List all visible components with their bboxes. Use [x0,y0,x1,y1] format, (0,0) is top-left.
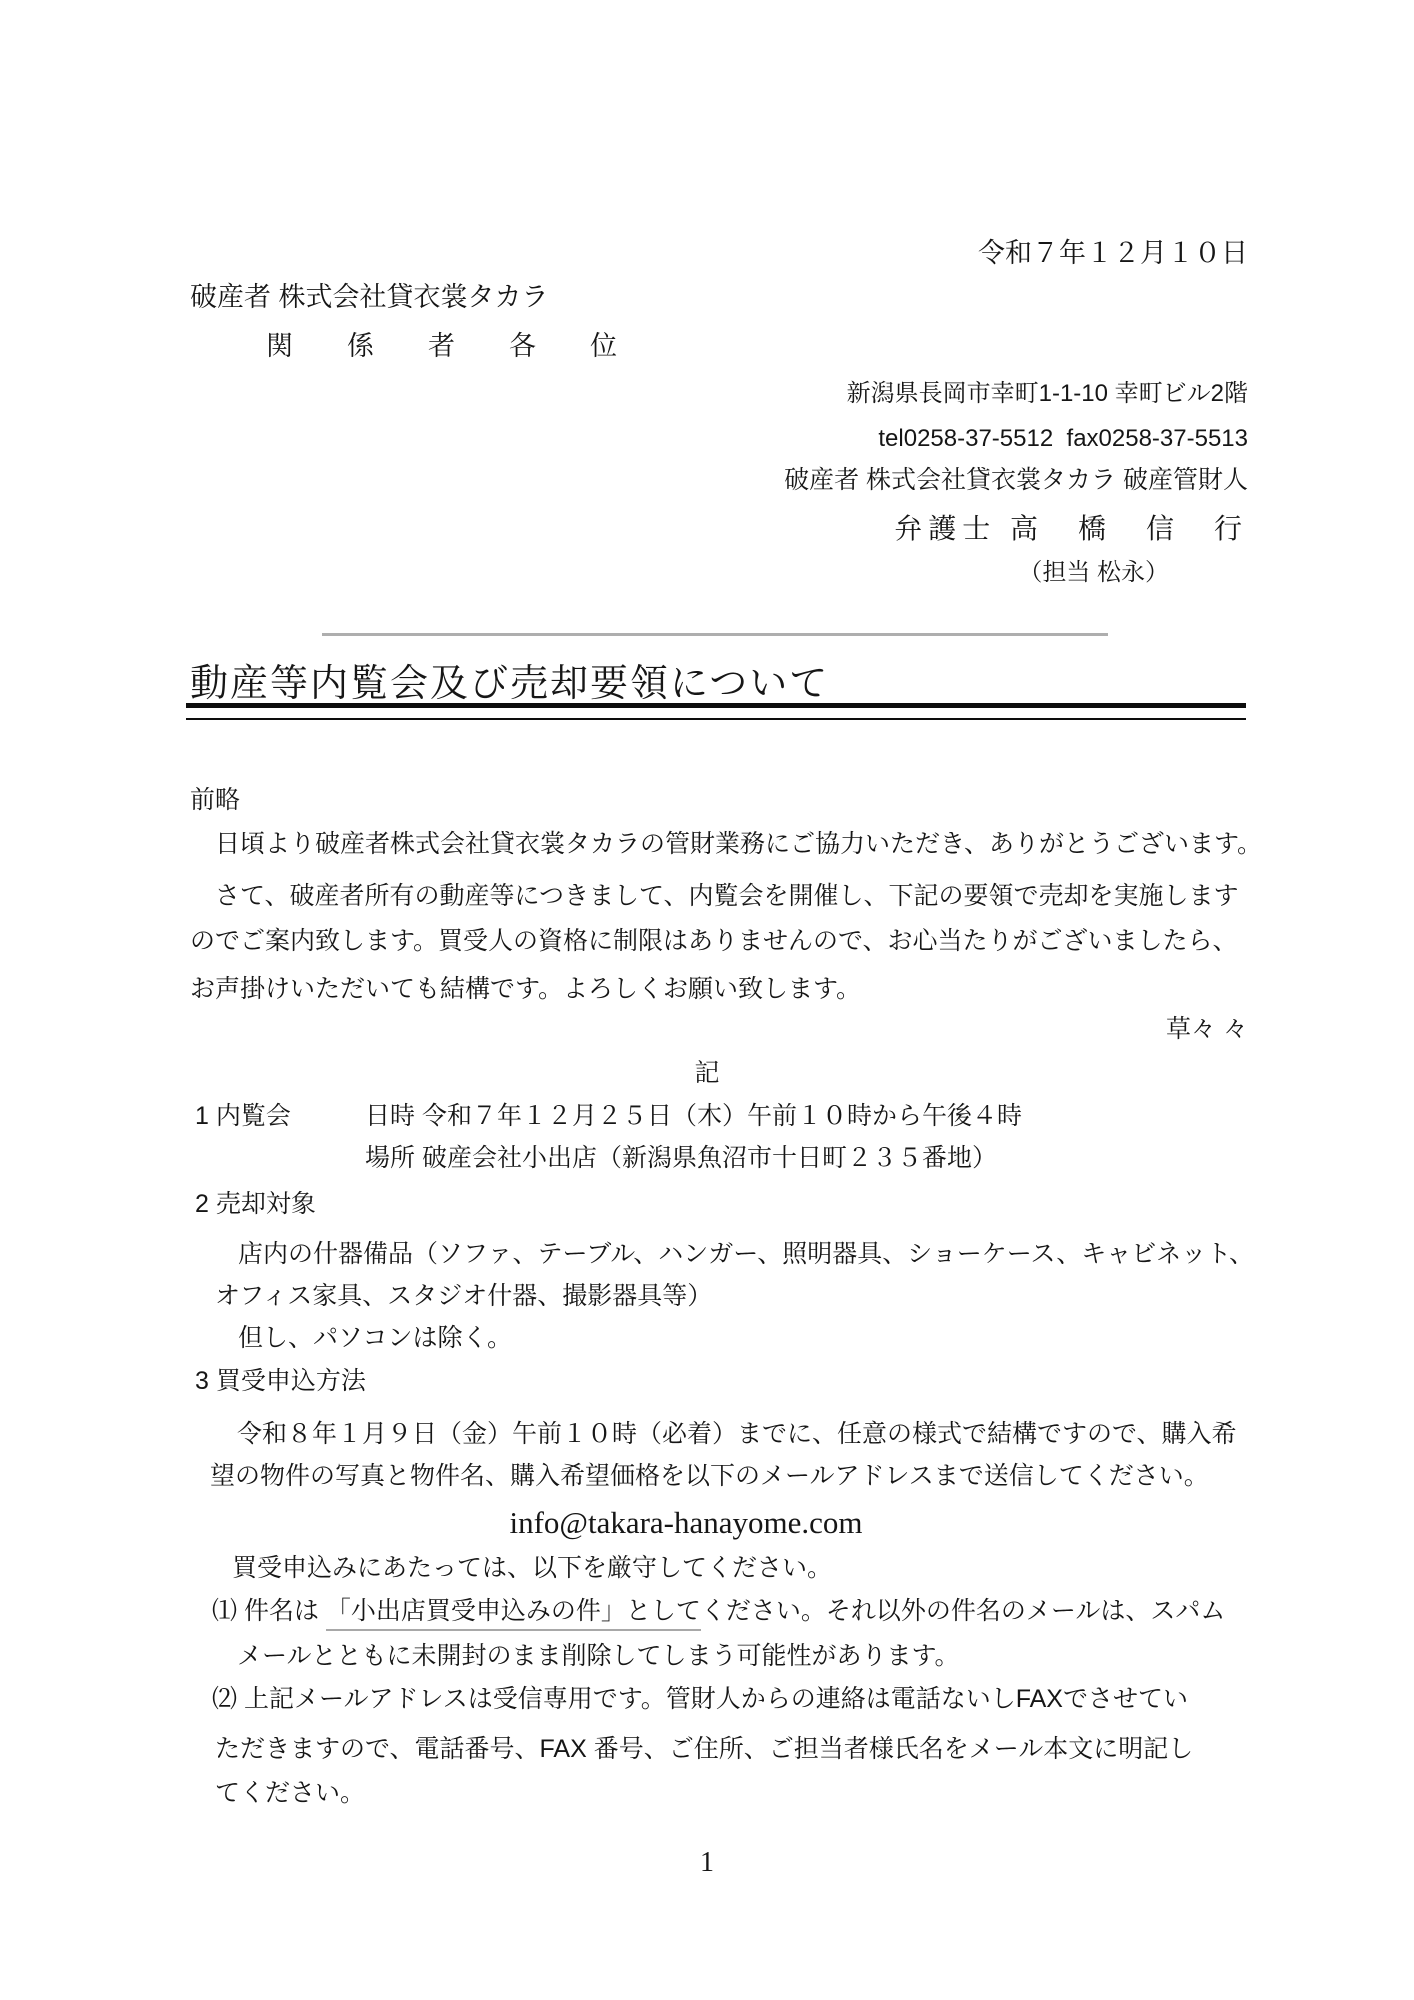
sender-attorney-name: 弁護士 高 橋 信 行 [894,513,1248,545]
addressee-bankrupt-company: 破産者 株式会社貸衣裳タカラ [190,282,549,313]
addressee-to-all-concerned: 関 係 者 各 位 [266,331,617,362]
section-3-line-2: 望の物件の写真と物件名、購入希望価格を以下のメールアドレスまで送信してください。 [210,1462,1209,1491]
record-marker: 記 [0,1059,1414,1088]
note-1-suffix: ください。それ以外の件名のメールは、スパム [701,1597,1226,1625]
section-2-label: 2 売却対象 [195,1190,316,1219]
body-paragraph-3: のでご案内致します。買受人の資格に制限はありませんので、お心当たりがございました… [190,927,1238,956]
letterhead-divider-rule [322,633,1108,636]
note-1-prefix: ⑴ 件名は [212,1597,326,1625]
contact-email-address: info@takara-hanayome.com [0,1505,1372,1541]
salutation-closing: 草々 々 [1166,1015,1248,1044]
sender-trustee-line: 破産者 株式会社貸衣裳タカラ 破産管財人 [784,466,1248,495]
document-page: 令和７年１２月１０日 破産者 株式会社貸衣裳タカラ 関 係 者 各 位 新潟県長… [0,0,1414,2000]
body-paragraph-4: お声掛けいただいても結構です。よろしくお願い致します。 [190,975,861,1004]
section-2-items-line-2: オフィス家具、スタジオ什器、撮影器具等） [215,1282,712,1311]
section-3-strict-rules-intro: 買受申込みにあたっては、以下を厳守してください。 [232,1554,832,1583]
body-paragraph-2: さて、破産者所有の動産等につきまして、内覧会を開催し、下記の要領で売却を実施しま… [215,882,1239,911]
section-3-label: 3 買受申込方法 [195,1367,366,1396]
body-paragraph-1: 日頃より破産者株式会社貸衣裳タカラの管財業務にご協力いただき、ありがとうございま… [215,830,1262,859]
document-date: 令和７年１２月１０日 [978,238,1248,269]
page-number: 1 [0,1847,1414,1879]
note-item-2-line-1: ⑵ 上記メールアドレスは受信専用です。管財人からの連絡は電話ないしFAXでさせて… [212,1685,1188,1714]
section-1-label: 1 内覧会 [195,1102,291,1131]
section-2-exclusion: 但し、パソコンは除く。 [238,1324,512,1353]
note-item-2-line-2: ただきますので、電話番号、FAX 番号、ご住所、ご担当者様氏名をメール本文に明記… [215,1735,1193,1764]
note-item-1-line-2: メールとともに未開封のまま削除してしまう可能性があります。 [237,1642,960,1671]
document-title: 動産等内覧会及び売却要領について [190,663,829,707]
sender-address: 新潟県長岡市幸町1-1-10 幸町ビル2階 [847,380,1248,408]
salutation-opening: 前略 [190,786,240,815]
section-2-items-line-1: 店内の什器備品（ソファ、テーブル、ハンガー、照明器具、ショーケース、キャビネット… [238,1240,1254,1269]
title-underline-rule [186,703,1246,720]
section-1-datetime: 日時 令和７年１２月２５日（木）午前１０時から午後４時 [365,1102,1022,1131]
section-1-place: 場所 破産会社小出店（新潟県魚沼市十日町２３５番地） [365,1144,997,1173]
sender-assistant: （担当 松永） [1018,559,1169,587]
section-3-line-1: 令和８年１月９日（金）午前１０時（必着）までに、任意の様式で結構ですので、購入希 [237,1420,1237,1449]
note-1-underlined-subject: 「小出店買受申込みの件」として [326,1597,701,1631]
note-item-1-line-1: ⑴ 件名は 「小出店買受申込みの件」としてください。それ以外の件名のメールは、ス… [212,1597,1225,1626]
note-item-2-line-3: てください。 [215,1779,365,1808]
sender-tel-fax: tel0258-37-5512 fax0258-37-5513 [878,425,1248,453]
